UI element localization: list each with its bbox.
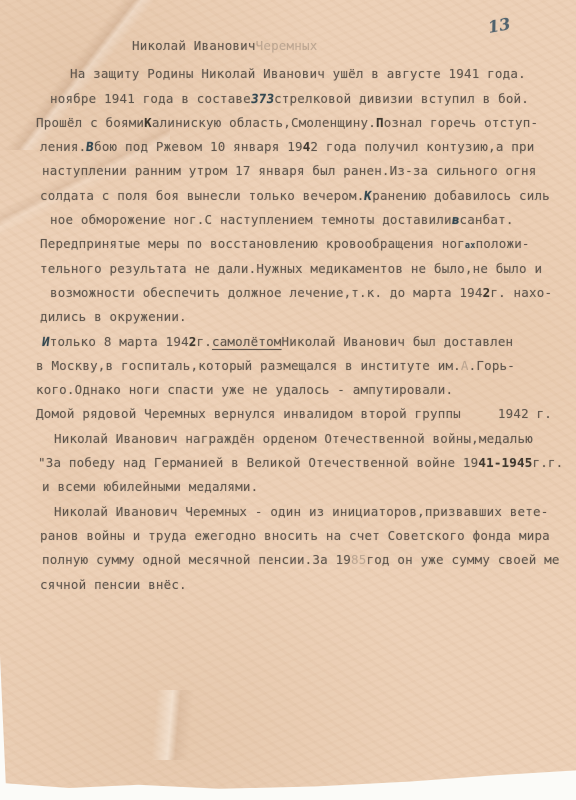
text-run: На защиту Родины Николай Иванович ушёл в…: [70, 62, 526, 86]
typed-line: ное обморожение ног.С наступлением темно…: [28, 208, 558, 232]
text-run: 41-1945: [478, 451, 532, 475]
text-run: бою под Ржевом 10 января 19: [94, 135, 303, 159]
text-run: 2: [189, 330, 197, 354]
typed-line: полную сумму одной месячной пенсии.За 19…: [28, 548, 558, 572]
text-run: Черемных: [256, 34, 318, 58]
typed-line: возможности обеспечить должное лечение,т…: [28, 281, 558, 305]
typed-line: тельного результата не дали.Нужных медик…: [28, 257, 558, 281]
typed-line: наступлении ранним утром 17 января был р…: [28, 159, 558, 183]
text-run: "За победу над Германией в Великой Отече…: [38, 451, 478, 475]
text-run: Передпринятые меры по восстановлению кро…: [40, 232, 465, 256]
text-run: ранов войны и труда ежегодно вносить на …: [40, 524, 550, 548]
typed-line: ления. В бою под Ржевом 10 января 1942 г…: [28, 135, 558, 159]
paper-crease: [40, 690, 300, 760]
typed-line: сячной пенсии внёс.: [28, 573, 558, 597]
text-run: П: [376, 111, 384, 135]
text-run: К: [144, 111, 152, 135]
text-run: г.г.: [532, 451, 563, 475]
text-run: стрелковой дивизии вступил в бой.: [274, 87, 529, 111]
text-run: Домой рядовой Черемных вернулся инвалидо…: [36, 402, 461, 426]
document-lines: Николай Иванович ЧеремныхНа защиту Родин…: [28, 34, 558, 597]
text-run: год он уже сумму своей ме: [366, 548, 559, 572]
text-run: ления.: [40, 135, 86, 159]
text-run: ознал горечь отступ-: [384, 111, 539, 135]
text-run: в Москву,в госпиталь,который размещался …: [36, 354, 461, 378]
text-run: тельного результата не дали.Нужных медик…: [40, 257, 542, 281]
text-run: алинискую область,Смоленщину.: [152, 111, 376, 135]
text-run: кого.Однако ноги спасти уже не удалось -…: [36, 378, 453, 402]
text-run: сячной пенсии внёс.: [40, 573, 187, 597]
text-run: ноябре 1941 года в составе: [50, 87, 251, 111]
text-run: .Горь-: [469, 354, 515, 378]
text-run: Николай Иванович был доставлен: [282, 330, 514, 354]
document-title: Николай Иванович Черемных: [28, 34, 558, 58]
typed-line: солдата с поля боя вынесли только вечеро…: [28, 184, 558, 208]
text-run: 85: [351, 548, 366, 572]
scanned-paper-sheet: 13 Николай Иванович ЧеремныхНа защиту Ро…: [0, 0, 576, 800]
handwritten-run: 373: [249, 87, 275, 111]
text-run: дились в окружении.: [40, 305, 187, 329]
text-run: наступлении ранним утром 17 января был р…: [42, 159, 536, 183]
typed-line: И только 8 марта 1942 г. самолётом Никол…: [28, 330, 558, 354]
typed-line: Николай Иванович Черемных - один из иниц…: [28, 500, 558, 524]
text-run: самолётом: [212, 330, 282, 354]
text-run: солдата с поля боя вынесли только вечеро…: [40, 184, 364, 208]
text-run: полную сумму одной месячной пенсии.За 19: [42, 548, 351, 572]
text-run: положи-: [476, 232, 530, 256]
typed-line: кого.Однако ноги спасти уже не удалось -…: [28, 378, 558, 402]
typed-line: ранов войны и труда ежегодно вносить на …: [28, 524, 558, 548]
text-run: г.: [197, 330, 212, 354]
typed-line: "За победу над Германией в Великой Отече…: [28, 451, 558, 475]
typed-line: Домой рядовой Черемных вернулся инвалидо…: [28, 402, 558, 426]
text-run: г. нахо-: [490, 281, 552, 305]
typed-line: Передпринятые меры по восстановлению кро…: [28, 232, 558, 256]
text-run: Николай Иванович Черемных - один из иниц…: [54, 500, 548, 524]
text-run: санбат.: [459, 208, 513, 232]
typed-line: Прошёл с боями Калинискую область,Смолен…: [28, 111, 558, 135]
text-run: и всеми юбилейными медалями.: [42, 475, 258, 499]
typed-line: Николай Иванович награждён орденом Отече…: [28, 427, 558, 451]
typed-line: в Москву,в госпиталь,который размещался …: [28, 354, 558, 378]
text-run: Николай Иванович: [132, 34, 256, 58]
text-run: возможности обеспечить должное лечение,т…: [50, 281, 483, 305]
text-run: Прошёл с боями: [36, 111, 144, 135]
text-run: Николай Иванович награждён орденом Отече…: [54, 427, 533, 451]
typed-line: ноябре 1941 года в составе 373 стрелково…: [28, 87, 558, 111]
typed-line: На защиту Родины Николай Иванович ушёл в…: [28, 62, 558, 86]
text-run: А: [461, 354, 469, 378]
typed-line: дились в окружении.: [28, 305, 558, 329]
typed-line: и всеми юбилейными медалями.: [28, 475, 558, 499]
text-run: ранению добавилось силь: [372, 184, 550, 208]
text-run: только 8 марта 194: [50, 330, 189, 354]
text-run: 1942 г.: [498, 402, 552, 426]
text-run: 2 года получил контузию,а при: [310, 135, 534, 159]
text-run: ное обморожение ног.С наступлением темно…: [50, 208, 452, 232]
